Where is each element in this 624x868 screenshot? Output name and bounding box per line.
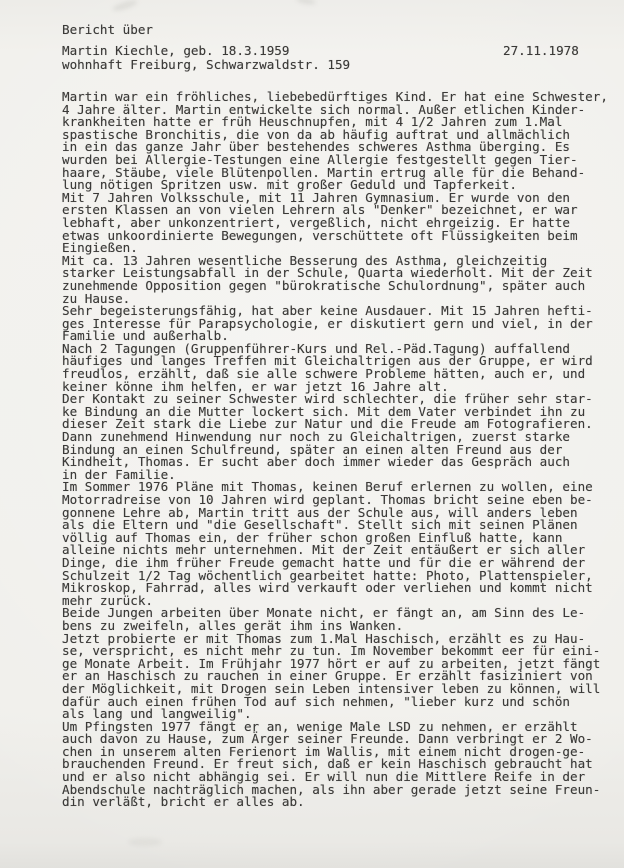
text-line: etwas unkoordinierte Bewegungen, verschü…	[62, 230, 608, 243]
report-date: 27.11.1978	[503, 45, 579, 58]
scan-smudge	[128, 838, 162, 846]
subject-name-line: Martin Kiechle, geb. 18.3.1959	[62, 45, 289, 58]
report-title: Bericht über	[62, 24, 153, 37]
report-body: Martin war ein fröhliches, liebebedürfti…	[62, 91, 608, 809]
scanned-document: { "colors": { "paper": "#f0efeb", "ink":…	[0, 0, 624, 868]
text-line: zunehmende Opposition gegen "bürokratisc…	[62, 280, 608, 293]
text-line: din verläßt, bricht er alles ab.	[62, 796, 608, 809]
subject-address-line: wohnhaft Freiburg, Schwarzwaldstr. 159	[62, 59, 350, 72]
